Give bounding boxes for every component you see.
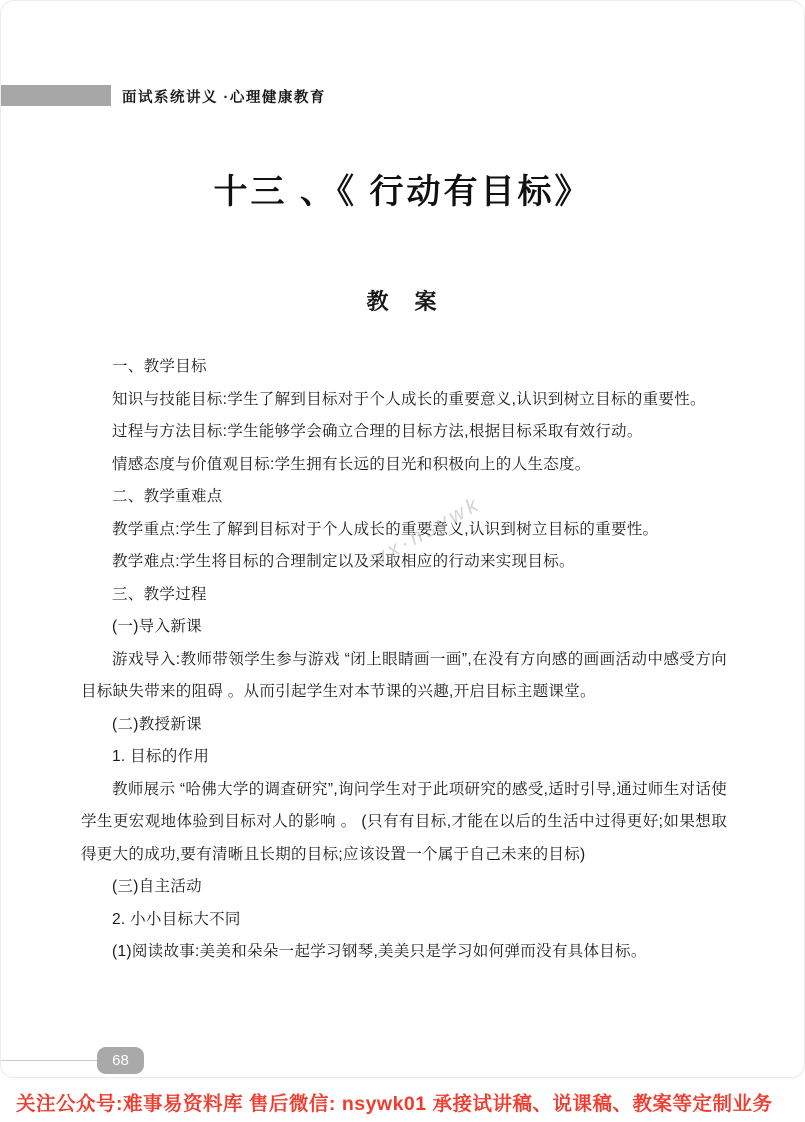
paragraph-game-intro: 游戏导入:教师带领学生参与游戏 “闭上眼睛画一画”,在没有方向感的画画活动中感受… <box>81 644 727 709</box>
promo-banner: 关注公众号:难事易资料库 售后微信: nsywk01 承接试讲稿、说课稿、教案等… <box>0 1088 805 1116</box>
page-number-badge: 68 <box>97 1047 144 1074</box>
header-category-bar <box>1 85 111 106</box>
paragraph-heading-objectives: 一、教学目标 <box>81 351 727 384</box>
paragraph-emotion-goal: 情感态度与价值观目标:学生拥有长远的目光和积极向上的人生态度。 <box>81 449 727 482</box>
paragraph-teaching-focus: 教学重点:学生了解到目标对于个人成长的重要意义,认识到树立目标的重要性。 <box>81 514 727 547</box>
page-number-rule <box>1 1060 99 1061</box>
paragraph-reading-story: (1)阅读故事:美美和朵朵一起学习钢琴,美美只是学习如何弹而没有具体目标。 <box>81 936 727 969</box>
paragraph-process-goal: 过程与方法目标:学生能够学会确立合理的目标方法,根据目标采取有效行动。 <box>81 416 727 449</box>
paragraph-goal-function: 1. 目标的作用 <box>81 741 727 774</box>
paragraph-harvard-study: 教师展示 “哈佛大学的调查研究”,询问学生对于此项研究的感受,适时引导,通过师生… <box>81 774 727 872</box>
paragraph-heading-process: 三、教学过程 <box>81 579 727 612</box>
header-title: 面试系统讲义 ·心理健康教育 <box>122 86 326 107</box>
document-subtitle: 教 案 <box>1 285 804 316</box>
paragraph-section-intro: (一)导入新课 <box>81 611 727 644</box>
document-body: 一、教学目标 知识与技能目标:学生了解到目标对于个人成长的重要意义,认识到树立目… <box>81 351 727 969</box>
page-header: 面试系统讲义 ·心理健康教育 <box>1 84 804 108</box>
paragraph-heading-key-points: 二、教学重难点 <box>81 481 727 514</box>
paragraph-teaching-difficulty: 教学难点:学生将目标的合理制定以及采取相应的行动来实现目标。 <box>81 546 727 579</box>
paragraph-knowledge-goal: 知识与技能目标:学生了解到目标对于个人成长的重要意义,认识到树立目标的重要性。 <box>81 384 727 417</box>
document-title: 十三 、《 行动有目标》 <box>1 164 804 213</box>
paragraph-small-goals: 2. 小小目标大不同 <box>81 904 727 937</box>
paragraph-section-new-lesson: (二)教授新课 <box>81 709 727 742</box>
paragraph-section-activity: (三)自主活动 <box>81 871 727 904</box>
document-page: 面试系统讲义 ·心理健康教育 十三 、《 行动有目标》 教 案 一、教学目标 知… <box>0 0 805 1078</box>
